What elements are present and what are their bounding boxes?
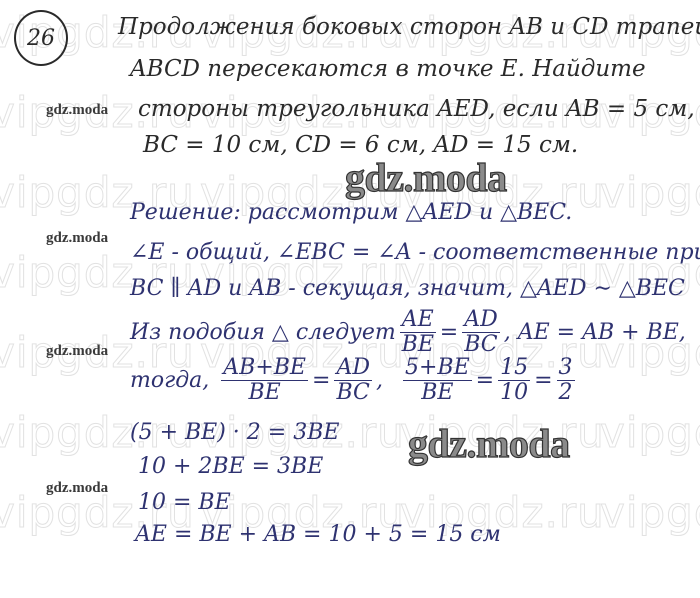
problem-line-1: Продолжения боковых сторон AB и CD трапе… — [118, 14, 700, 40]
equation-line-4: AE = BE + AB = 10 + 5 = 15 см — [135, 522, 501, 547]
equation-line-1: (5 + BE) · 2 = 3BE — [130, 420, 339, 445]
denominator: BC — [336, 381, 369, 405]
equals: = — [312, 368, 330, 393]
text: , AE = AB + BE, — [504, 320, 686, 345]
fraction: 32 — [557, 356, 575, 405]
solution-line-3: BC ∥ AD и AB - секущая, значит, △AED ∼ △… — [130, 276, 685, 301]
watermark-logo-small: gdz.moda — [46, 230, 108, 247]
watermark-text: vipgdz.ru — [600, 408, 700, 457]
fraction: ADBC — [462, 308, 500, 357]
watermark-logo-small: gdz.moda — [46, 480, 108, 497]
equation-line-2: 10 + 2BE = 3BE — [138, 454, 323, 479]
denominator: BE — [249, 381, 281, 405]
solution-line-1: Решение: рассмотрим △AED и △BEC. — [130, 200, 572, 225]
fraction: 5+BEBE — [403, 356, 472, 405]
fraction: 1510 — [498, 356, 530, 405]
watermark-logo-big: gdz.moda — [345, 154, 507, 201]
solution-line-5: тогда, AB+BEBE = ADBC , 5+BEBE = 1510 = … — [130, 356, 579, 405]
text: тогда, — [130, 368, 209, 393]
numerator: 5+BE — [403, 356, 472, 381]
fraction: AEBE — [400, 308, 436, 357]
watermark-text: vipgdz.ru — [600, 168, 700, 217]
equals: = — [476, 368, 494, 393]
solution-line-2: ∠E - общий, ∠EBC = ∠A - соответственные … — [130, 240, 700, 265]
numerator: AD — [462, 308, 500, 333]
equation-line-3: 10 = BE — [138, 490, 231, 515]
numerator: 15 — [498, 356, 530, 381]
fraction: ADBC — [334, 356, 372, 405]
equals: = — [440, 320, 458, 345]
problem-number: 26 — [14, 10, 68, 66]
denominator: 2 — [559, 381, 573, 405]
watermark-logo-small: gdz.moda — [46, 102, 108, 119]
solution-line-4: Из подобия △ следует AEBE = ADBC , AE = … — [130, 308, 686, 357]
numerator: AD — [334, 356, 372, 381]
denominator: BC — [464, 333, 497, 357]
numerator: AE — [400, 308, 436, 333]
numerator: AB+BE — [221, 356, 308, 381]
denominator: 10 — [500, 381, 528, 405]
comma: , — [376, 368, 383, 393]
numerator: 3 — [557, 356, 575, 381]
watermark-logo-small: gdz.moda — [46, 343, 108, 360]
denominator: BE — [421, 381, 453, 405]
problem-line-3: стороны треугольника AED, если AB = 5 см… — [138, 96, 695, 122]
denominator: BE — [402, 333, 434, 357]
watermark-logo-big: gdz.moda — [408, 420, 570, 467]
problem-line-2: ABCD пересекаются в точке E. Найдите — [130, 56, 646, 82]
equals: = — [534, 368, 552, 393]
fraction: AB+BEBE — [221, 356, 308, 405]
text: Из подобия △ следует — [130, 320, 396, 345]
watermark-text: vipgdz.ru — [600, 488, 700, 537]
